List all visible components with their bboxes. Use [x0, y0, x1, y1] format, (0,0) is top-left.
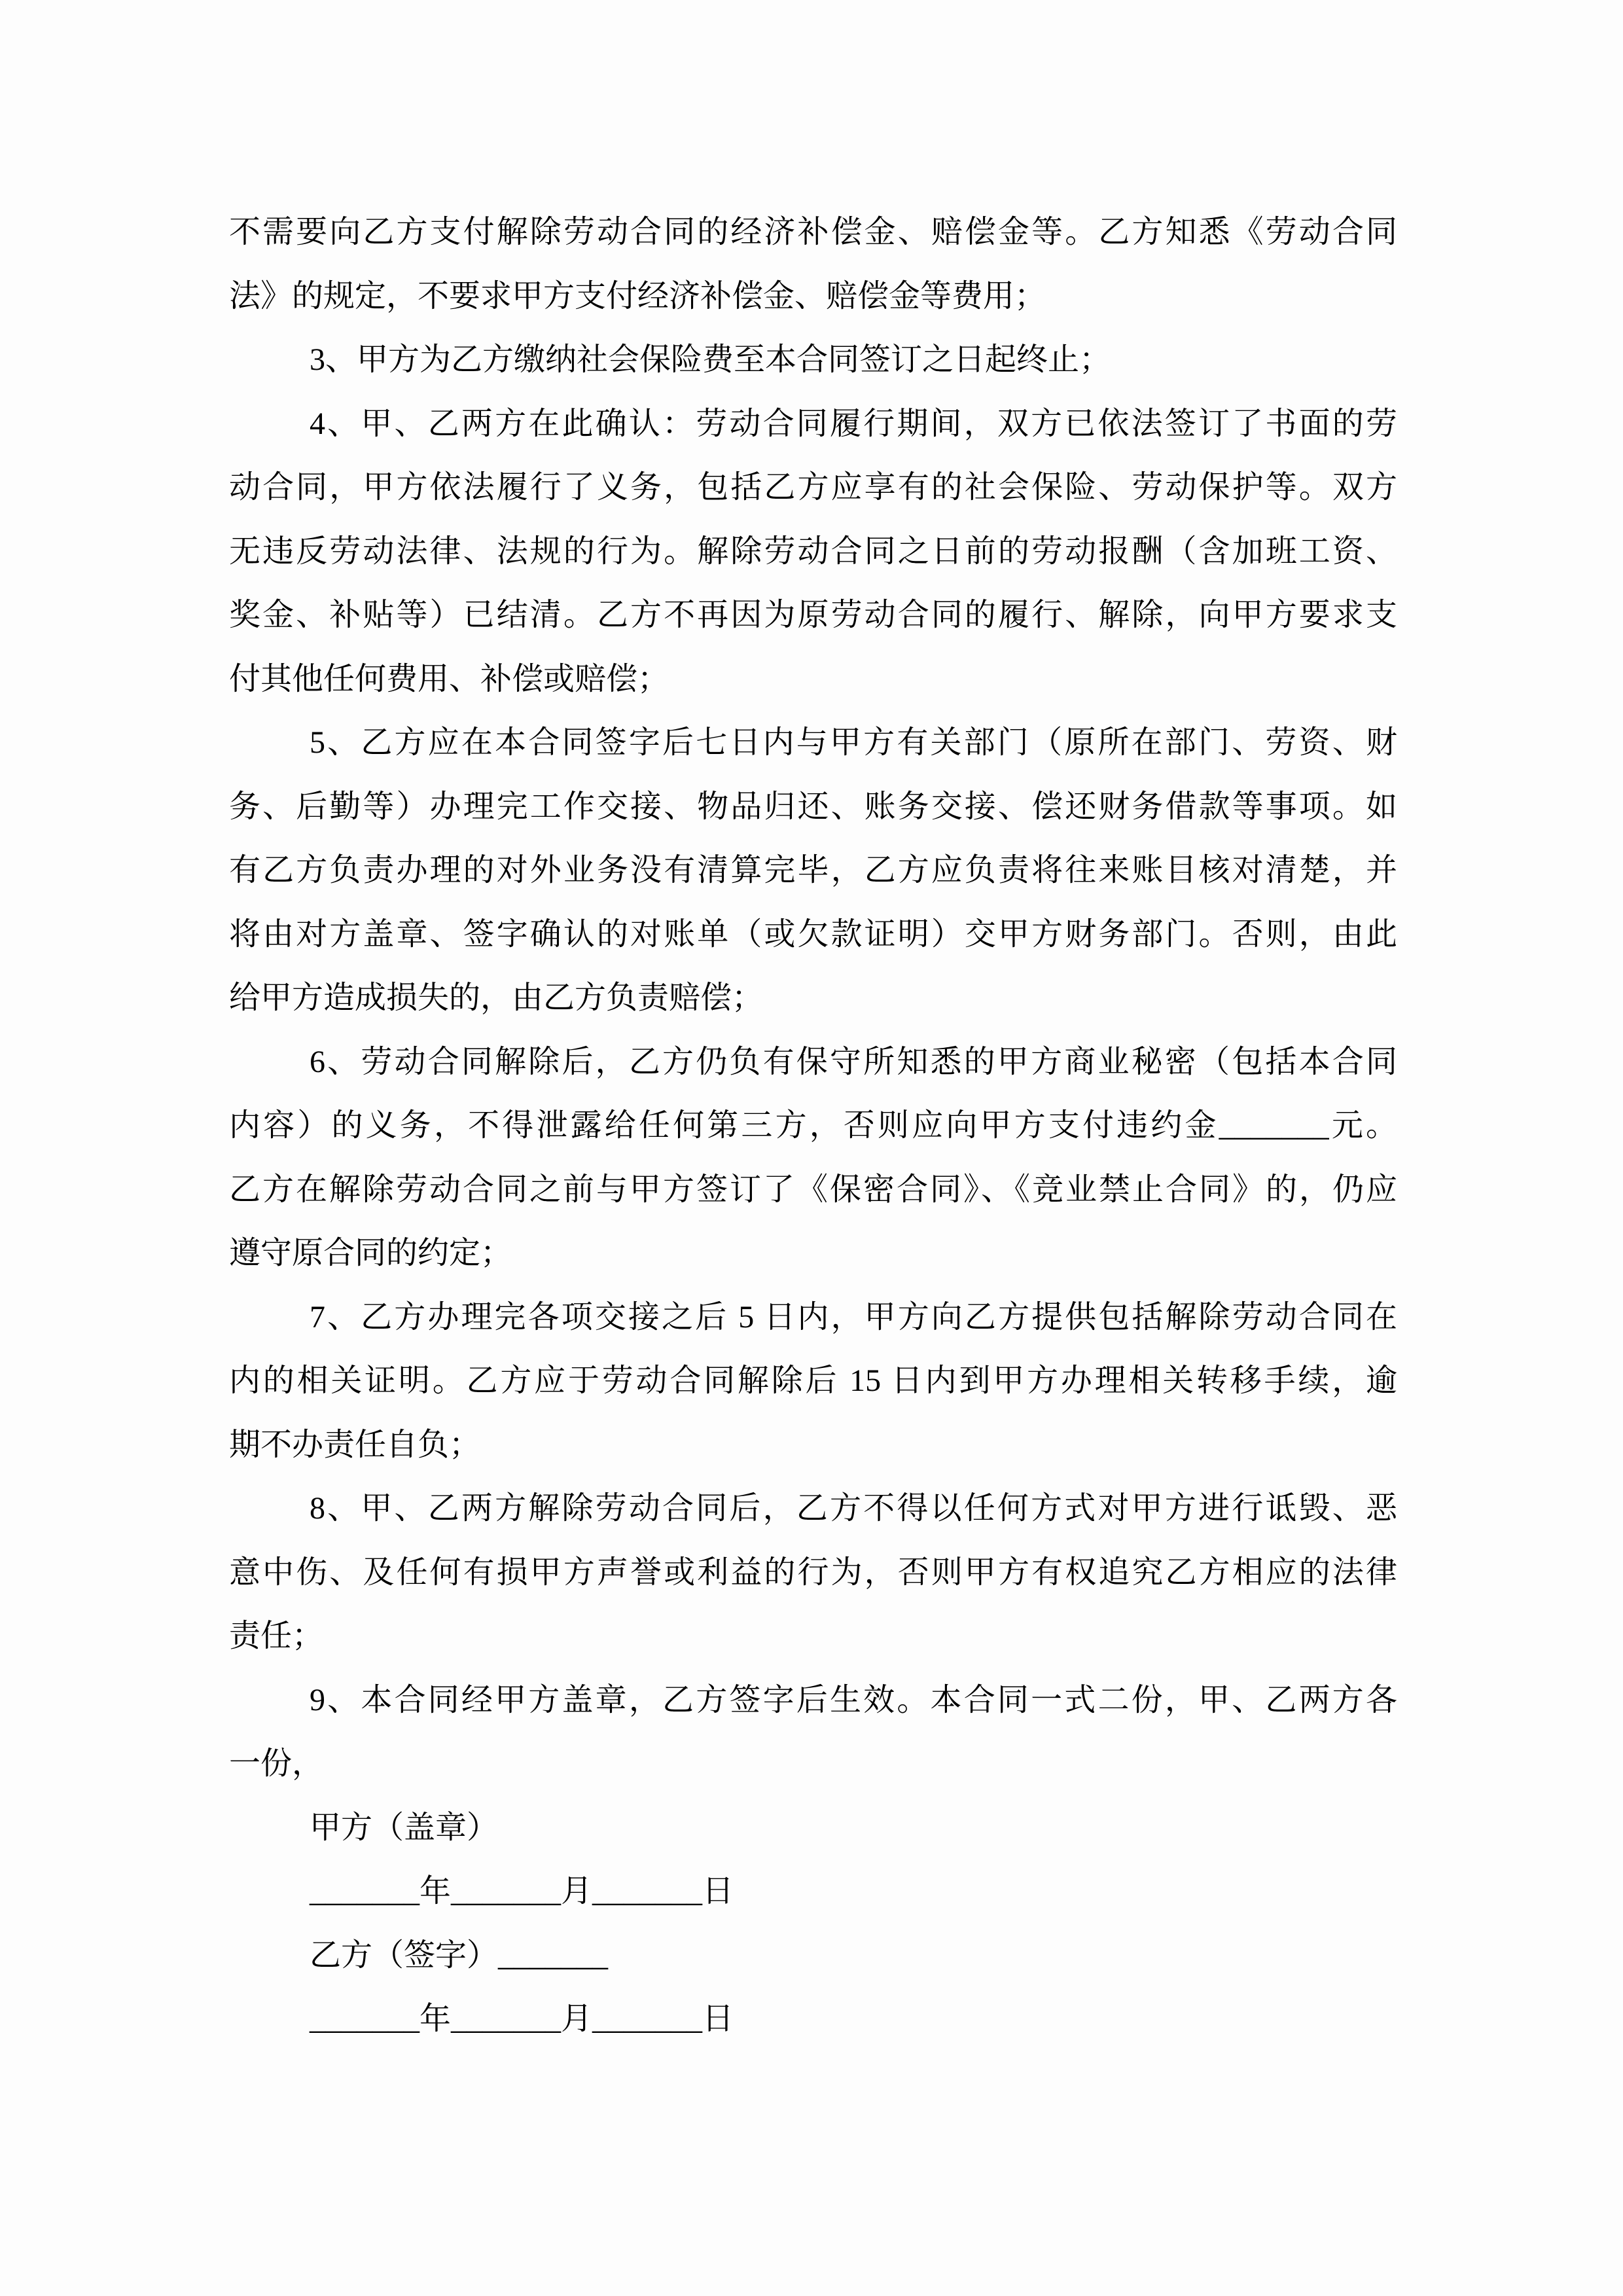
text-line: 将由对方盖章、签字确认的对账单（或欠款证明）交甲方财务部门。否则，由此: [229, 903, 1397, 967]
clause-6-line: 6、劳动合同解除后，乙方仍负有保守所知悉的甲方商业秘密（包括本合同: [229, 1030, 1397, 1094]
clause-8-line: 8、甲、乙两方解除劳动合同后，乙方不得以任何方式对甲方进行诋毁、恶: [229, 1477, 1397, 1541]
text-line: 内的相关证明。乙方应于劳动合同解除后 15 日内到甲方办理相关转移手续，逾: [229, 1349, 1397, 1413]
text-line: 意中伤、及任何有损甲方声誉或利益的行为，否则甲方有权追究乙方相应的法律: [229, 1541, 1397, 1605]
text-line: 动合同，甲方依法履行了义务，包括乙方应享有的社会保险、劳动保护等。双方: [229, 456, 1397, 520]
text-line: 给甲方造成损失的，由乙方负责赔偿；: [229, 966, 1397, 1030]
text-line: 付其他任何费用、补偿或赔偿；: [229, 647, 1397, 711]
text-line: 有乙方负责办理的对外业务没有清算完毕，乙方应负责将往来账目核对清楚，并: [229, 838, 1397, 903]
party-a-seal-line: 甲方（盖章）: [229, 1796, 1397, 1860]
text-line: 一份，: [229, 1732, 1397, 1796]
text-line: 法》的规定，不要求甲方支付经济补偿金、赔偿金等费用；: [229, 264, 1397, 329]
clause-3-line: 3、甲方为乙方缴纳社会保险费至本合同签订之日起终止；: [229, 328, 1397, 392]
text-line: 乙方在解除劳动合同之前与甲方签订了《保密合同》、《竞业禁止合同》的，仍应: [229, 1158, 1397, 1222]
clause-5-line: 5、乙方应在本合同签字后七日内与甲方有关部门（原所在部门、劳资、财: [229, 711, 1397, 775]
party-b-signature-line: 乙方（签字）_______: [229, 1924, 1397, 1988]
text-line: 期不办责任自负；: [229, 1413, 1397, 1477]
text-line: 不需要向乙方支付解除劳动合同的经济补偿金、赔偿金等。乙方知悉《劳动合同: [229, 200, 1397, 264]
text-line: 责任；: [229, 1604, 1397, 1668]
text-line: 奖金、补贴等）已结清。乙方不再因为原劳动合同的履行、解除，向甲方要求支: [229, 583, 1397, 647]
penalty-amount-blank-line: 内容）的义务，不得泄露给任何第三方，否则应向甲方支付违约金_______元。: [229, 1094, 1397, 1158]
text-line: 遵守原合同的约定；: [229, 1221, 1397, 1285]
party-b-date-line: _______年_______月_______日: [229, 1987, 1397, 2051]
text-line: 无违反劳动法律、法规的行为。解除劳动合同之日前的劳动报酬（含加班工资、: [229, 520, 1397, 584]
party-a-date-line: _______年_______月_______日: [229, 1859, 1397, 1924]
contract-text-block: 不需要向乙方支付解除劳动合同的经济补偿金、赔偿金等。乙方知悉《劳动合同法》的规定…: [229, 200, 1397, 2051]
clause-7-line: 7、乙方办理完各项交接之后 5 日内，甲方向乙方提供包括解除劳动合同在: [229, 1285, 1397, 1350]
contract-page: 不需要向乙方支付解除劳动合同的经济补偿金、赔偿金等。乙方知悉《劳动合同法》的规定…: [0, 0, 1623, 2296]
clause-9-line: 9、本合同经甲方盖章，乙方签字后生效。本合同一式二份，甲、乙两方各: [229, 1668, 1397, 1732]
clause-4-line: 4、甲、乙两方在此确认：劳动合同履行期间，双方已依法签订了书面的劳: [229, 392, 1397, 456]
text-line: 务、后勤等）办理完工作交接、物品归还、账务交接、偿还财务借款等事项。如: [229, 775, 1397, 839]
